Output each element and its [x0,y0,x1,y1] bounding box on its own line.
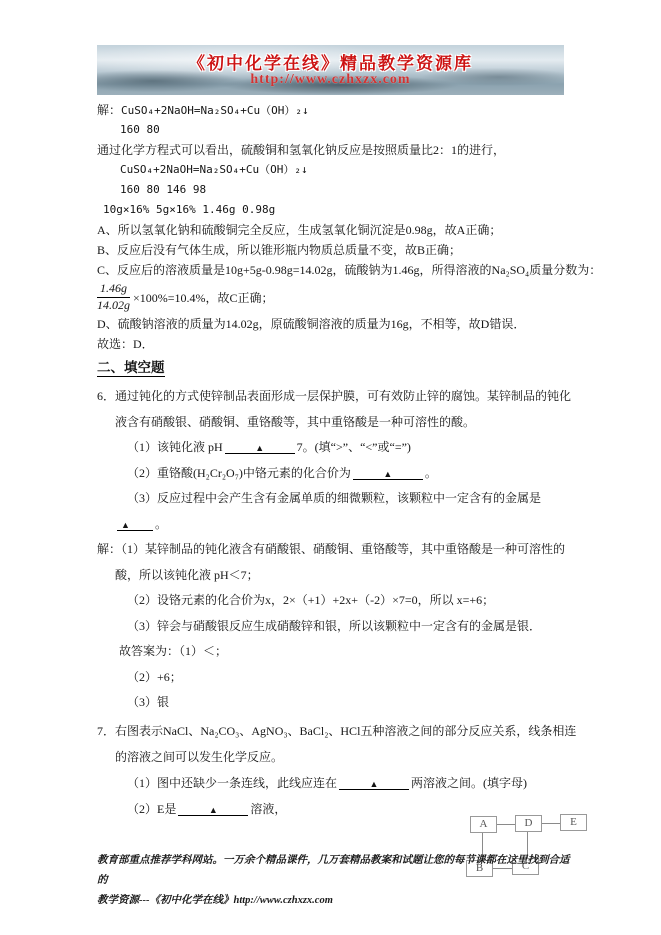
fraction-result: ×100%=10.4%，故C正确； [133,289,274,306]
option-d-analysis: D、硫酸钠溶液的质量为14.02g，原硫酸铜溶液的质量为16g，不相等，故D错误… [97,314,567,334]
q6-stem-line1: 6．通过钝化的方式使锌制品表面形成一层保护膜，可有效防止锌的腐蚀。某锌制品的钝化 [97,384,572,410]
explanation-line: 通过化学方程式可以看出，硫酸铜和氢氧化钠反应是按照质量比2：1的进行， [97,140,567,160]
answer-blank: ▲ [117,517,153,531]
fraction-line: 1.46g 14.02g ×100%=10.4%，故C正确； [97,280,567,314]
molar-masses-1: 160 80 [97,120,567,140]
fraction-numerator: 1.46g [97,282,130,298]
document-page: 《初中化学在线》精品教学资源库 http://www.czhxzx.com 解：… [0,0,661,935]
q6-item3-tail: 。 [155,517,167,531]
option-b-analysis: B、反应后没有气体生成，所以锥形瓶内物质总质量不变，故B正确； [97,240,567,260]
q6-item3-blank-line: ▲。 [97,512,572,538]
molar-masses-2: 160 80 146 98 [97,180,567,200]
q6-item3: （3）反应过程中会产生含有金属单质的细微颗粒，该颗粒中一定含有的金属是 [97,486,572,512]
section-heading: 二、填空题 [97,356,165,376]
final-answer: 故选：D． [97,334,567,354]
q6-item2-tail: 。 [425,466,437,480]
solution-equation-line: 解：CuSO₄+2NaOH=Na₂SO₄+Cu（OH）₂↓ [97,100,567,120]
chemical-equation-1: CuSO₄+2NaOH=Na₂SO₄+Cu（OH）₂↓ [121,104,309,117]
q6-solution-line3: （3）锌会与硝酸银反应生成硝酸锌和银，所以该颗粒中一定含有的金属是银． [97,614,572,640]
footer-line1: 教育部重点推荐学科网站。一万余个精品课件，几万套精品教案和试题让您的每节课都在这… [97,851,577,891]
problem5-solution: 解：CuSO₄+2NaOH=Na₂SO₄+Cu（OH）₂↓ 160 80 通过化… [97,100,567,354]
footer-url: http://www.czhxzx.com [234,895,333,906]
chemical-equation-2: CuSO₄+2NaOH=Na₂SO₄+Cu（OH）₂↓ [97,160,567,180]
q7-item1: （1）图中还缺少一条连线，此线应连在▲两溶液之间。(填字母) [97,770,572,796]
question7: 7．右图表示NaCl、Na₂CO₃、AgNO₃、BaCl₂、HCl五种溶液之间的… [97,718,572,822]
diagram-box-a: A [470,816,497,833]
option-a-analysis: A、所以氢氧化钠和硫酸铜完全反应，生成氢氧化铜沉淀是0.98g，故A正确； [97,220,567,240]
footer-watermark: 教育部重点推荐学科网站。一万余个精品课件，几万套精品教案和试题让您的每节课都在这… [97,851,577,911]
fraction-denominator: 14.02g [97,298,130,313]
footer-line2: 教学资源---《初中化学在线》http://www.czhxzx.com [97,891,577,911]
answer-blank: ▲ [339,776,409,790]
answer-blank: ▲ [353,466,423,480]
connector-a-d [497,824,515,825]
q6-stem-line2: 液含有硝酸银、硝酸铜、重铬酸等，其中重铬酸是一种可溶性的酸。 [97,410,572,436]
section-heading-text: 二、填空题 [97,360,165,377]
mass-fraction: 1.46g 14.02g [97,282,130,313]
connector-d-e [542,823,560,824]
site-banner: 《初中化学在线》精品教学资源库 http://www.czhxzx.com [97,45,564,95]
footer-line2-text: 教学资源---《初中化学在线》 [97,895,234,906]
q7-item2-text: （2）E是 [127,802,176,816]
q6-item1-text: （1）该钝化液 pH [127,440,223,454]
q6-answer-line1: 故答案为：（1）＜； [97,639,572,665]
option-c-analysis: C、反应后的溶液质量是10g+5g-0.98g=14.02g，硫酸钠为1.46g… [97,260,567,280]
q6-solution-line2: （2）设铬元素的化合价为x，2×（+1）+2x+（-2）×7=0，所以 x=+6… [97,588,572,614]
answer-blank: ▲ [225,440,295,454]
q6-answer-line2: （2）+6； [97,665,572,691]
diagram-box-d: D [515,815,542,832]
q6-item1: （1）该钝化液 pH▲7。(填“>”、“<”或“=”) [97,435,572,461]
q6-solution1a: （1）某锌制品的钝化液含有硝酸银、硝酸铜、重铬酸等，其中重铬酸是一种可溶性的 [121,542,565,556]
q7-item1-tail: 两溶液之间。(填字母) [411,776,527,790]
q6-solution-label: 解： [97,542,121,556]
solution-label: 解： [97,103,121,117]
q6-answer-line3: （3）银 [97,690,572,716]
question6: 6．通过钝化的方式使锌制品表面形成一层保护膜，可有效防止锌的腐蚀。某锌制品的钝化… [97,384,572,716]
diagram-box-e: E [560,814,587,831]
mass-calculation-line: 10g×16% 5g×16% 1.46g 0.98g [97,200,567,220]
q6-item1-tail: 7。(填“>”、“<”或“=”) [297,440,411,454]
q7-item1-text: （1）图中还缺少一条连线，此线应连在 [127,776,337,790]
q7-stem-line1: 7．右图表示NaCl、Na₂CO₃、AgNO₃、BaCl₂、HCl五种溶液之间的… [97,718,572,744]
q7-item2-tail: 溶液， [250,802,286,816]
banner-title: 《初中化学在线》精品教学资源库 [97,49,564,74]
q6-item2-text: （2）重铬酸(H₂Cr₂O₇)中铬元素的化合价为 [127,466,351,480]
q7-stem-line2: 的溶液之间可以发生化学反应。 [97,744,572,770]
banner-url: http://www.czhxzx.com [97,72,564,88]
q6-solution-line1: 解：（1）某锌制品的钝化液含有硝酸银、硝酸铜、重铬酸等，其中重铬酸是一种可溶性的 [97,537,572,563]
q6-item2: （2）重铬酸(H₂Cr₂O₇)中铬元素的化合价为▲。 [97,461,572,487]
answer-blank: ▲ [178,802,248,816]
q6-solution-line1b: 酸，所以该钝化液 pH＜7； [97,563,572,589]
